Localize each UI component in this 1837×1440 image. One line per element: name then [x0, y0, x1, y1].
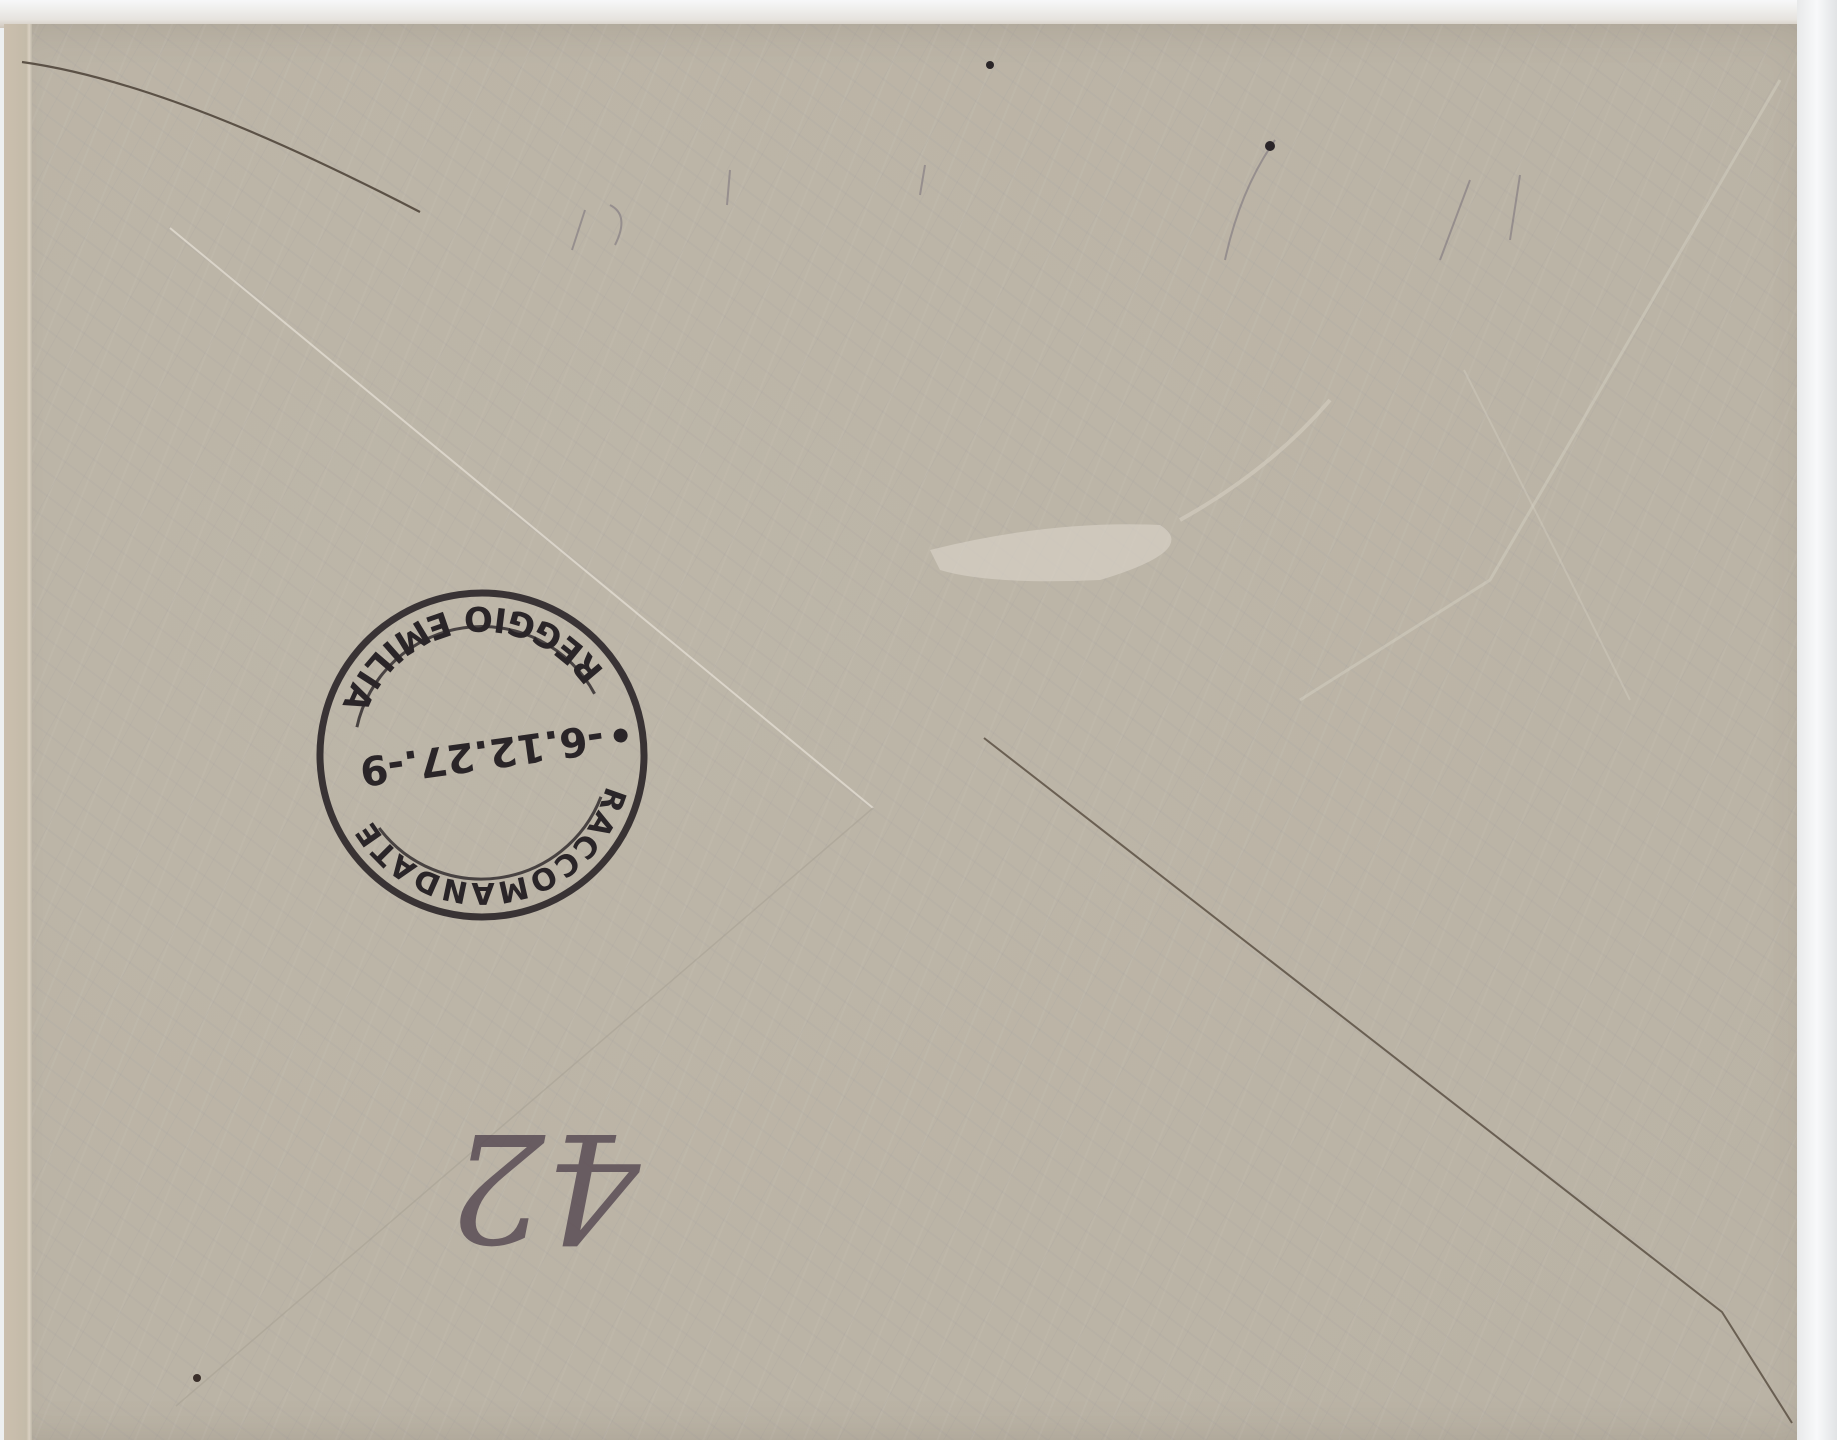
faded-pencil-writing	[572, 140, 1520, 260]
ink-speck	[1265, 141, 1275, 151]
svg-text:42: 42	[450, 1099, 642, 1273]
postmark-city: REGGIO EMILIA	[321, 579, 615, 725]
envelope-markings: RACCOMANDATE REGGIO EMILIA -6.12.27.-9 4…	[0, 0, 1837, 1440]
postmark-date: -6.12.27.-9	[357, 714, 607, 794]
torn-paper-area	[930, 400, 1330, 581]
ink-speck	[986, 61, 994, 69]
postmark-service: RACCOMANDATE	[346, 779, 646, 930]
ink-speck	[193, 1374, 201, 1382]
postmark: RACCOMANDATE REGGIO EMILIA -6.12.27.-9	[299, 572, 665, 938]
flap-creases	[22, 62, 1792, 1423]
handwritten-number: 42	[450, 1099, 642, 1273]
